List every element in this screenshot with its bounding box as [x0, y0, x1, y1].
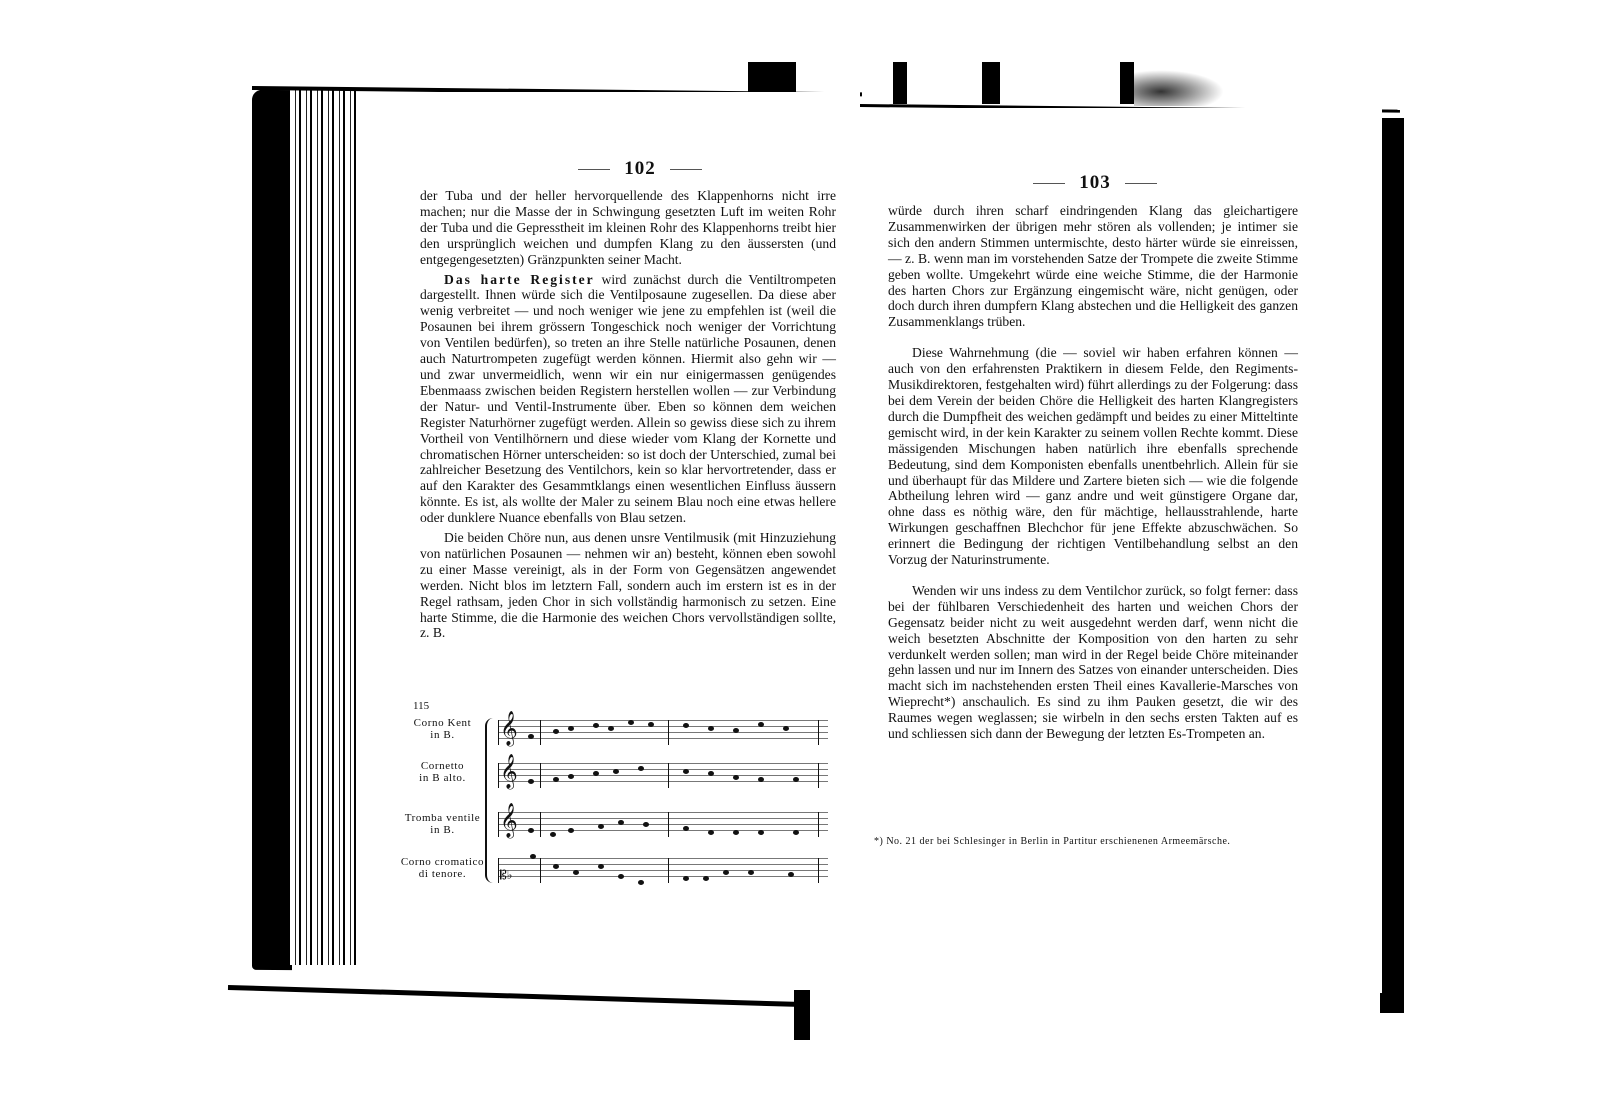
- staff: 𝄞: [498, 812, 828, 836]
- treble-clef-icon: 𝄞: [500, 806, 518, 836]
- paragraph: würde durch ihren scharf eindringenden K…: [888, 203, 1298, 330]
- page-number-left: 102: [520, 158, 760, 180]
- scan-smudge: [1134, 70, 1224, 106]
- instrument-label: Corno cromatico di tenore.: [395, 856, 490, 880]
- music-example: 115 Corno Kent in B. 𝄞 Cornetto in B alt…: [395, 700, 825, 885]
- paragraph: Wenden wir uns indess zu dem Ventilchor …: [888, 583, 1298, 742]
- paragraph: Die beiden Chöre nun, aus denen unsre Ve…: [420, 530, 836, 641]
- treble-clef-icon: 𝄞: [500, 714, 518, 744]
- book-bottom-edge: [228, 985, 803, 1007]
- staff: 𝄡♭: [498, 858, 828, 882]
- right-page-body: würde durch ihren scharf eindringenden K…: [888, 203, 1298, 742]
- example-number: 115: [413, 700, 429, 712]
- paragraph: Diese Wahrnehmung (die — soviel wir habe…: [888, 345, 1298, 568]
- instrument-label: Tromba ventile in B.: [395, 812, 490, 836]
- emphasis-term: Das harte Register: [444, 272, 595, 287]
- paragraph: der Tuba und der heller hervorquellende …: [420, 188, 836, 268]
- book-cover-left: [252, 90, 292, 970]
- tenor-clef-icon: 𝄡♭: [500, 860, 512, 890]
- paragraph: Das harte Register wird zunächst durch d…: [420, 272, 836, 527]
- instrument-label: Cornetto in B alto.: [395, 760, 490, 784]
- treble-clef-icon: 𝄞: [500, 757, 518, 787]
- book-tab-marker: [893, 62, 907, 104]
- footnote: *) No. 21 der bei Schlesinger in Berlin …: [874, 836, 1289, 848]
- left-page-body: der Tuba und der heller hervorquellende …: [420, 188, 836, 641]
- book-spine-tab: [794, 990, 810, 1040]
- book-page-edges: [290, 90, 360, 965]
- page-number-right: 103: [975, 172, 1215, 194]
- instrument-label: Corno Kent in B.: [395, 717, 490, 741]
- book-tab-marker: [1120, 62, 1134, 104]
- book-cover-right: [1380, 118, 1404, 1013]
- staff: 𝄞: [498, 720, 828, 744]
- book-tab-marker: [982, 62, 1000, 104]
- staff: 𝄞: [498, 763, 828, 787]
